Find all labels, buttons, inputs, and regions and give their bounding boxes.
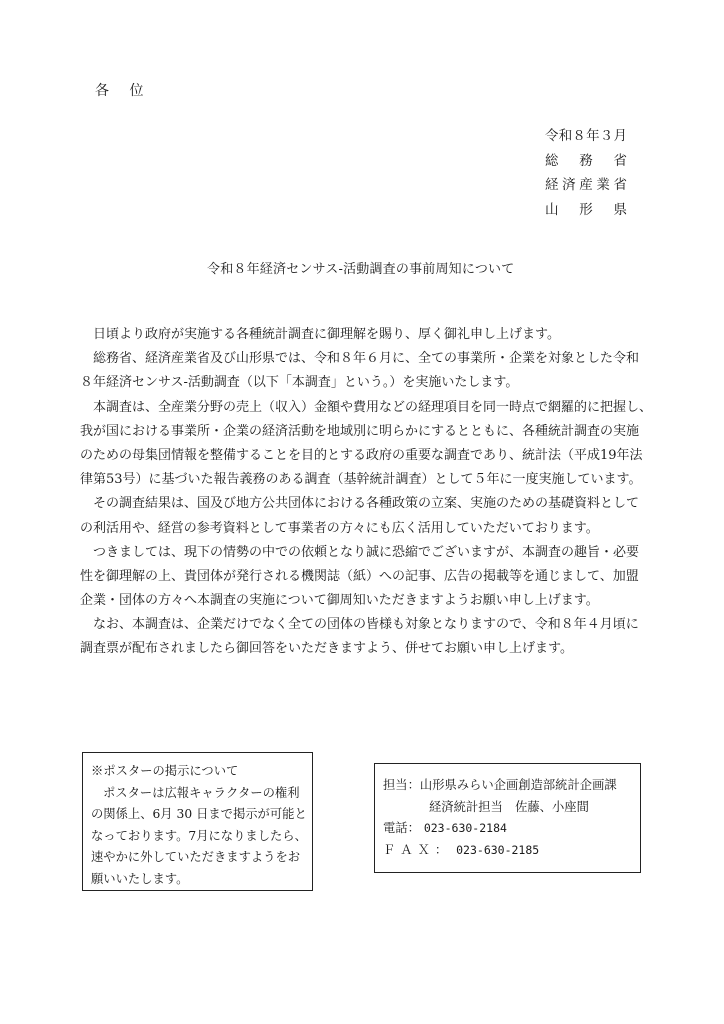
- fax-number: 023-630-2185: [456, 843, 539, 857]
- poster-notice-line: の関係上、6月 30 日まで掲示が可能と: [91, 804, 312, 826]
- phone-label: 電話：: [383, 821, 420, 835]
- body-line: のための母集団情報を整備することを目的とする政府の重要な調査であり、統計法（平成…: [80, 444, 680, 468]
- body-line: つきましては、現下の情勢の中での依頼となり誠に恐縮でございますが、本調査の趣旨・…: [80, 541, 680, 565]
- body-line: 本調査は、全産業分野の売上（収入）金額や費用などの経理項目を同一時点で網羅的に把…: [80, 396, 680, 420]
- poster-notice-line: ポスターは広報キャラクターの権利: [91, 783, 312, 805]
- body-text: 日頃より政府が実施する各種統計調査に御理解を賜り、厚く御礼申し上げます。 総務省…: [80, 323, 680, 662]
- body-line: 総務省、経済産業省及び山形県では、令和８年６月に、全ての事業所・企業を対象とした…: [80, 347, 680, 371]
- phone-number: 023-630-2184: [424, 821, 507, 835]
- contact-info-box: 担当：山形県みらい企画創造部統計企画課 経済統計担当 佐藤、小座間 電話： 02…: [374, 763, 641, 873]
- contact-department-row: 担当：山形県みらい企画創造部統計企画課: [383, 775, 640, 797]
- poster-notice-line: なっております。7月になりましたら、: [91, 826, 312, 848]
- body-line: 調査票が配布されましたら御回答をいただきますよう、併せてお願い申し上げます。: [80, 637, 680, 661]
- body-line: ８年経済センサス‐活動調査（以下「本調査」という。）を実施いたします。: [80, 371, 680, 395]
- sender-org-yamagata: 山形県: [545, 198, 627, 223]
- contact-person-label: 担当：: [383, 778, 420, 792]
- contact-phone-row: 電話： 023-630-2184: [383, 818, 640, 840]
- poster-notice-box: ※ポスターの掲示について ポスターは広報キャラクターの権利 の関係上、6月 30…: [82, 752, 313, 891]
- document-title: 令和８年経済センサス‐活動調査の事前周知について: [207, 258, 514, 277]
- body-line: なお、本調査は、企業だけでなく全ての団体の皆様も対象となりますので、令和８年４月…: [80, 613, 680, 637]
- poster-notice-heading: ※ポスターの掲示について: [91, 761, 312, 783]
- contact-fax-row: ＦＡＸ： 023-630-2185: [383, 840, 640, 862]
- sender-org-mic: 総務省: [545, 149, 627, 174]
- poster-notice-line: 願いいたします。: [91, 869, 312, 891]
- sender-org-meti: 経済産業省: [545, 173, 627, 198]
- body-line: 日頃より政府が実施する各種統計調査に御理解を賜り、厚く御礼申し上げます。: [80, 323, 680, 347]
- fax-label: ＦＡＸ：: [383, 843, 452, 857]
- body-line: 律第53号）に基づいた報告義務のある調査（基幹統計調査）として５年に一度実施して…: [80, 468, 680, 492]
- body-line: の利活用や、経営の参考資料として事業者の方々にも広く活用していただいております。: [80, 517, 680, 541]
- body-line: 企業・団体の方々へ本調査の実施について御周知いただきますようお願い申し上げます。: [80, 589, 680, 613]
- contact-department: 山形県みらい企画創造部統計企画課: [420, 778, 617, 792]
- body-line: その調査結果は、国及び地方公共団体における各種政策の立案、実施のための基礎資料と…: [80, 492, 680, 516]
- addressee: 各 位: [95, 80, 151, 100]
- issue-date: 令和８年３月: [545, 124, 627, 149]
- body-line: 我が国における事業所・企業の経済活動を地域別に明らかにするとともに、各種統計調査…: [80, 420, 680, 444]
- contact-section-names: 経済統計担当 佐藤、小座間: [383, 797, 640, 819]
- body-line: 性を御理解の上、貴団体が発行される機関誌（紙）への記事、広告の掲載等を通じまして…: [80, 565, 680, 589]
- poster-notice-line: 速やかに外していただきますようをお: [91, 847, 312, 869]
- sender-block: 令和８年３月 総務省 経済産業省 山形県: [545, 124, 627, 222]
